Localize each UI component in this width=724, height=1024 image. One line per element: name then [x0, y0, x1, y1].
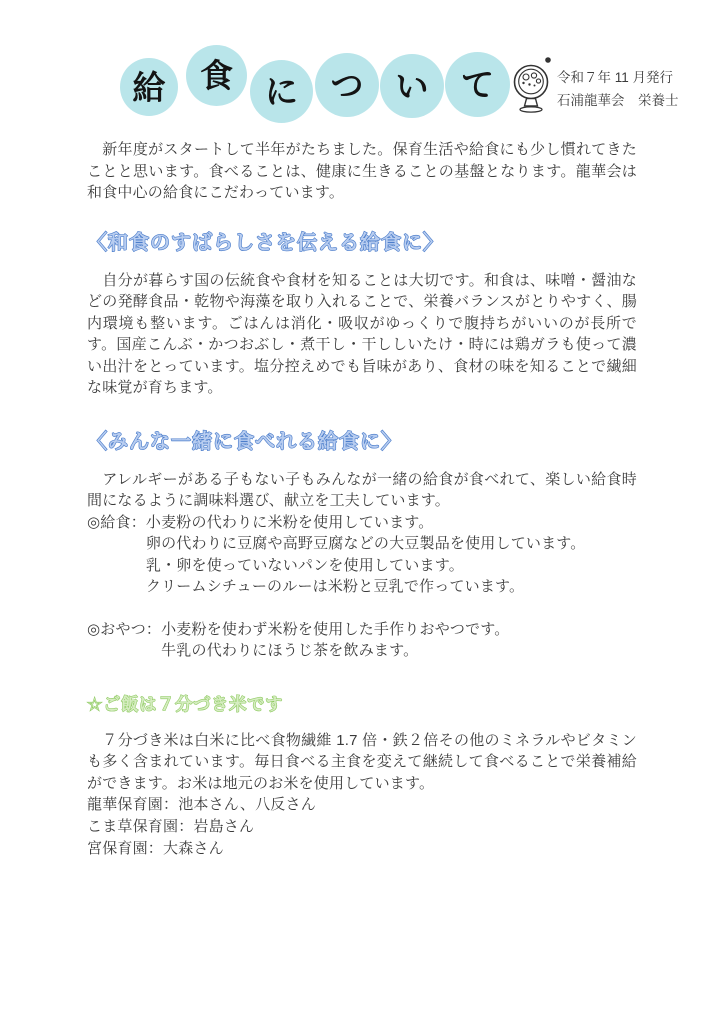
body-content: 新年度がスタートして半年がたちました。保育生活や給食にも少し慣れてきたことと思い…	[0, 139, 724, 860]
publisher: 石浦龍華会 栄養士	[557, 89, 679, 112]
kyushoku-item-2: 卵の代わりに豆腐や高野豆腐などの大豆製品を使用しています。	[146, 533, 637, 555]
title-circle-1: 給	[120, 58, 178, 116]
washoku-paragraph: 自分が暮らす国の伝統食や食材を知ることは大切です。和食は、味噌・醤油などの発酵食…	[87, 270, 637, 399]
oyatsu-items: 小麦粉を使わず米粉を使用した手作りおやつです。 牛乳の代わりにほうじ茶を飲みます…	[161, 619, 637, 662]
masthead: 給 食 に つ い て 令和７年 11 月発行 石浦龍華会 栄養士	[0, 0, 724, 138]
minna-lead-paragraph: アレルギーがある子もない子もみんなが一緒の給食が食べれて、楽しい給食時間になるよ…	[87, 469, 637, 512]
issue-date: 令和７年 11 月発行	[557, 66, 679, 89]
oyatsu-item-2: 牛乳の代わりにほうじ茶を飲みます。	[161, 640, 637, 662]
supplier-list: 龍華保育園：池本さん、八反さん こま草保育園：岩島さん 宮保育園：大森さん	[87, 794, 637, 860]
kyushoku-items: 小麦粉の代わりに米粉を使用しています。 卵の代わりに豆腐や高野豆腐などの大豆製品…	[146, 512, 637, 598]
rice-bowl-icon	[510, 54, 558, 118]
title-char-4: つ	[331, 69, 364, 102]
title-char-1: 給	[133, 71, 166, 104]
newsletter-page: 給 食 に つ い て 令和７年 11 月発行 石浦龍華会 栄養士 新年度がスタ…	[0, 0, 724, 1024]
kyushoku-item-1: 小麦粉の代わりに米粉を使用しています。	[146, 512, 637, 534]
heading-minna: 〈みんな一緒に食べれる給食に〉	[87, 429, 637, 455]
kyushoku-item-4: クリームシチューのルーは米粉と豆乳で作っています。	[146, 576, 637, 598]
rice-paragraph: ７分づき米は白米に比べ食物繊維 1.7 倍・鉄２倍その他のミネラルやビタミンも多…	[87, 730, 637, 795]
supplier-line-1: 龍華保育園：池本さん、八反さん	[87, 794, 637, 816]
oyatsu-list: ◎おやつ： 小麦粉を使わず米粉を使用した手作りおやつです。 牛乳の代わりにほうじ…	[87, 619, 637, 662]
title-circle-6: て	[445, 52, 510, 117]
kyushoku-list: ◎給食： 小麦粉の代わりに米粉を使用しています。 卵の代わりに豆腐や高野豆腐など…	[87, 512, 637, 598]
oyatsu-label: ◎おやつ：	[87, 619, 161, 641]
title-char-2: 食	[200, 59, 233, 92]
supplier-line-3: 宮保育園：大森さん	[87, 838, 637, 860]
title-circle-3: に	[250, 60, 313, 123]
title-circle-4: つ	[315, 53, 379, 117]
title-circle-5: い	[380, 54, 444, 118]
title-circle-2: 食	[186, 45, 247, 106]
oyatsu-item-1: 小麦粉を使わず米粉を使用した手作りおやつです。	[161, 619, 637, 641]
heading-rice: ☆ご飯は７分づき米です	[87, 694, 637, 716]
title-char-5: い	[396, 70, 429, 103]
intro-paragraph: 新年度がスタートして半年がたちました。保育生活や給食にも少し慣れてきたことと思い…	[87, 139, 637, 204]
issue-info: 令和７年 11 月発行 石浦龍華会 栄養士	[557, 66, 679, 112]
kyushoku-label: ◎給食：	[87, 512, 146, 534]
title-char-6: て	[461, 68, 494, 101]
supplier-line-2: こま草保育園：岩島さん	[87, 816, 637, 838]
title-char-3: に	[265, 75, 298, 108]
heading-washoku: 〈和食のすばらしさを伝える給食に〉	[87, 230, 637, 256]
kyushoku-item-3: 乳・卵を使っていないパンを使用しています。	[146, 555, 637, 577]
